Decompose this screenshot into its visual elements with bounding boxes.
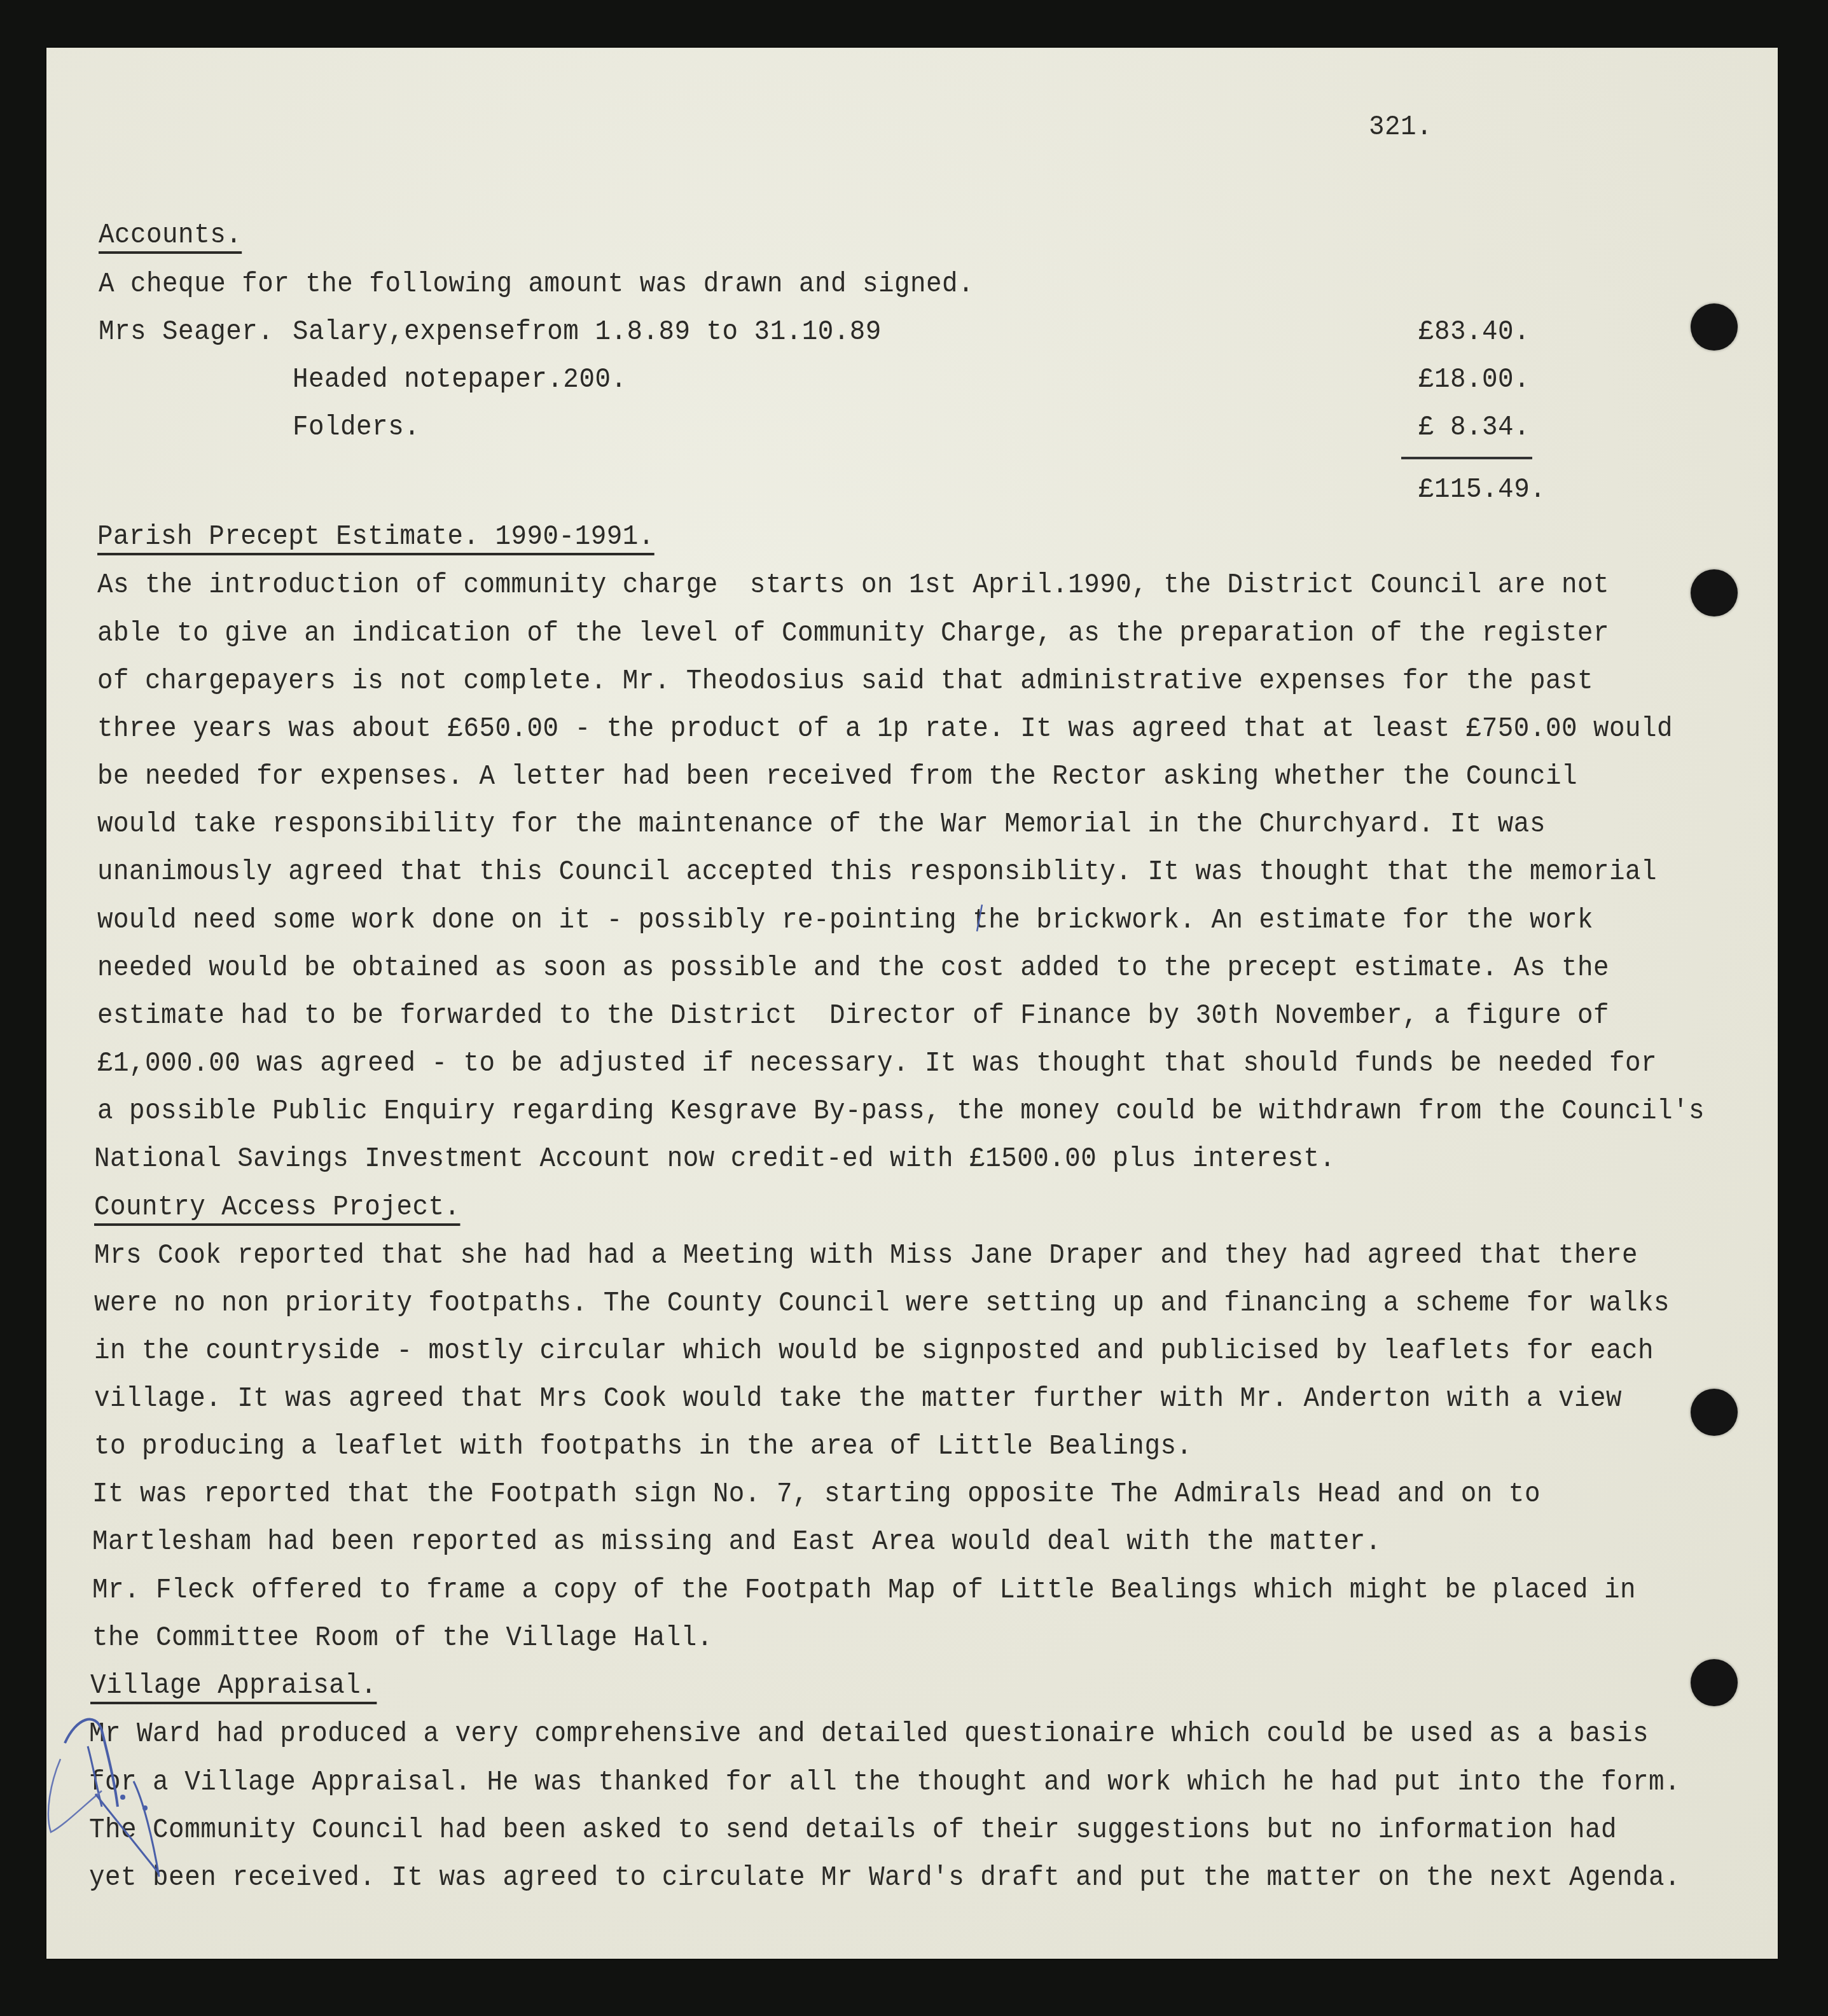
accounts-item-amount: £ 8.34. (1418, 414, 1530, 441)
page-number: 321. (1369, 113, 1432, 141)
accounts-item-description: Folders. (293, 414, 420, 441)
paragraph-line: the Committee Room of the Village Hall. (92, 1624, 713, 1652)
paragraph-line: Mrs Cook reported that she had had a Mee… (94, 1242, 1638, 1270)
paragraph-line: Mr Ward had produced a very comprehensiv… (89, 1720, 1649, 1748)
paragraph-line: for a Village Appraisal. He was thanked … (89, 1769, 1680, 1797)
accounts-item-amount: £18.00. (1418, 366, 1530, 394)
paragraph-line: to producing a leaflet with footpaths in… (94, 1433, 1192, 1461)
punch-hole (1691, 569, 1738, 616)
paragraph-line: As the introduction of community charge … (97, 571, 1609, 599)
paragraph-line: The Community Council had been asked to … (89, 1816, 1617, 1844)
paragraph-line: were no non priority footpaths. The Coun… (94, 1290, 1670, 1317)
paragraph-line: unanimously agreed that this Council acc… (97, 858, 1657, 886)
paragraph-line: be needed for expenses. A letter had bee… (97, 763, 1577, 791)
accounts-intro: A cheque for the following amount was dr… (99, 270, 974, 298)
paragraph-line: a possible Public Enquiry regarding Kesg… (97, 1097, 1705, 1125)
pen-correction-mark (973, 903, 986, 935)
paragraph-line: needed would be obtained as soon as poss… (97, 954, 1609, 982)
punch-hole (1691, 303, 1738, 351)
section-heading-village-appraisal: Village Appraisal. (90, 1672, 377, 1700)
paragraph-line: £1,000.00 was agreed - to be adjusted if… (97, 1050, 1657, 1078)
paragraph-line: able to give an indication of the level … (97, 620, 1609, 648)
paragraph-line: would need some work done on it - possib… (97, 907, 1593, 935)
paragraph-line: National Savings Investment Account now … (94, 1145, 1336, 1173)
paragraph-line: Mr. Fleck offered to frame a copy of the… (92, 1576, 1636, 1604)
accounts-total: £115.49. (1418, 476, 1546, 504)
accounts-payee: Mrs Seager. (99, 318, 274, 346)
section-heading-accounts: Accounts. (99, 221, 242, 249)
punch-hole (1691, 1659, 1738, 1706)
section-heading-parish-precept: Parish Precept Estimate. 1990-1991. (97, 523, 654, 551)
paragraph-line: in the countryside - mostly circular whi… (94, 1337, 1654, 1365)
paragraph-line: It was reported that the Footpath sign N… (92, 1480, 1541, 1508)
paragraph-line: yet been received. It was agreed to circ… (89, 1864, 1680, 1892)
accounts-item-description: Headed notepaper.200. (293, 366, 627, 394)
paragraph-line: three years was about £650.00 - the prod… (97, 715, 1673, 743)
punch-hole (1691, 1389, 1738, 1436)
accounts-item-amount: £83.40. (1418, 318, 1530, 346)
accounts-item-description: Salary,expensefrom 1.8.89 to 31.10.89 (293, 318, 882, 346)
paragraph-line: of chargepayers is not complete. Mr. The… (97, 667, 1593, 695)
total-rule (1401, 457, 1532, 459)
section-heading-country-access: Country Access Project. (94, 1193, 460, 1221)
paragraph-line: village. It was agreed that Mrs Cook wou… (94, 1385, 1622, 1413)
paragraph-line: estimate had to be forwarded to the Dist… (97, 1002, 1609, 1030)
paragraph-line: would take responsibility for the mainte… (97, 810, 1546, 838)
paragraph-line: Martlesham had been reported as missing … (92, 1528, 1381, 1556)
handwritten-initials-annotation (38, 1705, 204, 1896)
